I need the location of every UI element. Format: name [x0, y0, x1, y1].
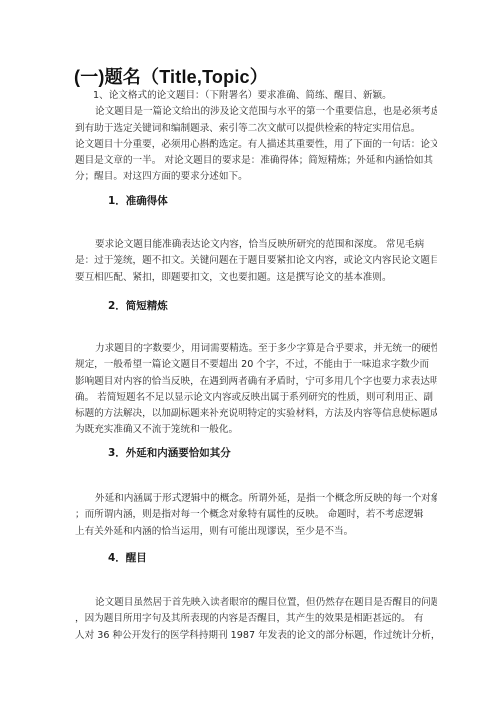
- intro-paragraph: 1、论文格式的论文题目：（下附署名）要求准确、简练、醒目、新颖。 论文题目是一篇…: [75, 88, 437, 186]
- paragraph-line: 影响题目对内容的恰当反映，在遇到两者确有矛盾时，宁可多用几个字也要力求表达明: [75, 374, 437, 390]
- section-paragraph: 外延和内涵属于形式逻辑中的概念。所谓外延，是指一个概念所反映的每一个对象 ；而所…: [75, 491, 437, 540]
- paragraph-line: 规定，一般希望一篇论文题目不要超出 20 个字，不过，不能由于一味追求字数少而: [75, 357, 437, 373]
- paragraph-line: 论文题目虽然居于首先映入读者眼帘的醒目位置，但仍然存在题目是否醒目的问题: [75, 595, 437, 611]
- paragraph-line: 要互相匹配、紧扣，即题要扣文，文也要扣题。这是撰写论文的基本准则。: [75, 270, 437, 286]
- paragraph-line: 要求论文题目能准确表达论文内容，恰当反映所研究的范围和深度。 常见毛病: [75, 237, 437, 253]
- intro-line: 论文题目是一篇论文给出的涉及论文范围与水平的第一个重要信息，也是必须考虑: [75, 104, 437, 120]
- intro-line: 1、论文格式的论文题目：（下附署名）要求准确、简练、醒目、新颖。: [75, 88, 437, 104]
- intro-line: 题目是文章的一半。 对论文题目的要求是：准确得体；简短精炼；外延和内涵恰如其: [75, 153, 437, 169]
- section-heading: 3．外延和内涵要恰如其分: [108, 445, 231, 460]
- document-title: (一)题名（Title,Topic）: [74, 63, 268, 89]
- intro-line: 论文题目十分重要，必须用心斟酌选定。有人描述其重要性，用了下面的一句话：论文: [75, 137, 437, 153]
- paragraph-line: 为既充实准确又不流于笼统和一般化。: [75, 422, 437, 438]
- paragraph-line: 确。 若简短题名不足以显示论文内容或反映出属于系列研究的性质，则可利用正、副: [75, 390, 437, 406]
- paragraph-line: ；而所谓内涵，则是指对每一个概念对象特有属性的反映。 命题时，若不考虑逻辑: [75, 507, 437, 523]
- document-page: (一)题名（Title,Topic） 1、论文格式的论文题目：（下附署名）要求准…: [0, 0, 500, 707]
- section-heading: 2．简短精炼: [108, 298, 168, 313]
- section-paragraph: 论文题目虽然居于首先映入读者眼帘的醒目位置，但仍然存在题目是否醒目的问题 ，因为…: [75, 595, 437, 644]
- paragraph-line: 是：过于笼统，题不扣文。关键问题在于题目要紧扣论文内容，或论文内容民论文题目: [75, 253, 437, 269]
- section-heading: 1．准确得体: [108, 193, 168, 208]
- section-paragraph: 力求题目的字数要少，用词需要精选。至于多少字算是合乎要求，并无统一的硬性 规定，…: [75, 341, 437, 439]
- paragraph-line: 力求题目的字数要少，用词需要精选。至于多少字算是合乎要求，并无统一的硬性: [75, 341, 437, 357]
- paragraph-line: 外延和内涵属于形式逻辑中的概念。所谓外延，是指一个概念所反映的每一个对象: [75, 491, 437, 507]
- paragraph-line: 人对 36 种公开发行的医学科持期刊 1987 年发表的论文的部分标题，作过统计…: [75, 628, 437, 644]
- intro-line: 分；醒目。对这四方面的要求分述如下。: [75, 169, 437, 185]
- intro-line: 到有助于选定关键词和编制题录、索引等二次文献可以提供检索的特定实用信息。: [75, 121, 437, 137]
- section-heading: 4．醒目: [108, 550, 147, 565]
- paragraph-line: 标题的方法解决，以加副标题来补充说明特定的实验材料，方法及内容等信息使标题成: [75, 406, 437, 422]
- paragraph-line: 上有关外延和内涵的恰当运用，则有可能出现谬误，至少是不当。: [75, 524, 437, 540]
- paragraph-line: ，因为题目所用字句及其所表现的内容是否醒目，其产生的效果是相距甚远的。 有: [75, 611, 437, 627]
- section-paragraph: 要求论文题目能准确表达论文内容，恰当反映所研究的范围和深度。 常见毛病 是：过于…: [75, 237, 437, 286]
